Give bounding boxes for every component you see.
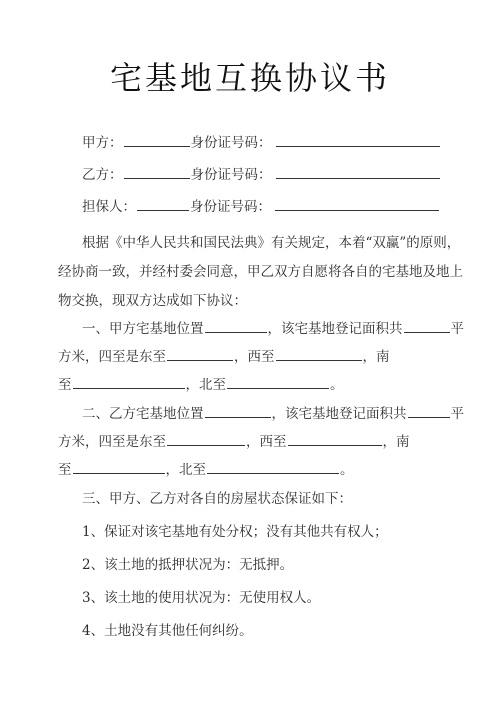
preamble-line-1: 根据《中华人民共和国民法典》有关规定，本着“双赢”的原则， bbox=[82, 234, 460, 252]
clause2-east-blank[interactable] bbox=[167, 433, 245, 446]
guarantor-id-blank[interactable] bbox=[275, 198, 439, 211]
clause2-unit-start: 平 bbox=[451, 406, 465, 422]
guarantor-label: 担保人： bbox=[82, 199, 136, 215]
clause1-unit-start: 平 bbox=[451, 321, 465, 337]
clause1-area-blank[interactable] bbox=[404, 320, 450, 333]
party-row-b: 乙方：身份证号码： bbox=[82, 166, 441, 184]
clause2-line-3: 至，北至。 bbox=[58, 461, 354, 479]
clause3-heading: 三、甲方、乙方对各自的房屋状态保证如下： bbox=[82, 490, 352, 508]
clause2-south-label-cont: 至 bbox=[58, 462, 72, 478]
clause3-item-2: 2、该土地的抵押状况为：无抵押。 bbox=[82, 556, 293, 574]
guarantor-name-blank[interactable] bbox=[137, 198, 189, 211]
clause3-item-3: 3、该土地的使用状况为：无使用权人。 bbox=[82, 589, 320, 607]
clause2-east-label: 方米，四至是东至 bbox=[58, 434, 166, 450]
clause1-north-blank[interactable] bbox=[227, 376, 329, 389]
clause1-east-label: 方米，四至是东至 bbox=[58, 349, 166, 365]
clause2-south-label: ，南 bbox=[383, 434, 410, 450]
clause2-north-blank[interactable] bbox=[207, 461, 339, 474]
clause1-location-label: 一、甲方宅基地位置 bbox=[82, 321, 204, 337]
clause1-area-label: ，该宅基地登记面积共 bbox=[268, 321, 403, 337]
clause2-west-label: ，西至 bbox=[246, 434, 287, 450]
party-b-id-label: 身份证号码： bbox=[191, 167, 272, 183]
party-row-a: 甲方：身份证号码： bbox=[82, 134, 441, 152]
party-a-name-blank[interactable] bbox=[124, 134, 190, 147]
clause2-north-label: ，北至 bbox=[166, 462, 207, 478]
document-title: 宅基地互换协议书 bbox=[0, 58, 500, 98]
clause1-south-label: ，南 bbox=[363, 349, 390, 365]
clause2-area-label: ，该宅基地登记面积共 bbox=[272, 406, 407, 422]
party-b-id-blank[interactable] bbox=[276, 166, 440, 179]
clause1-location-blank[interactable] bbox=[205, 320, 267, 333]
clause2-line-2: 方米，四至是东至，西至，南 bbox=[58, 433, 410, 451]
party-b-label: 乙方： bbox=[82, 167, 123, 183]
party-a-id-blank[interactable] bbox=[276, 134, 440, 147]
document-page: 宅基地互换协议书 甲方：身份证号码： 乙方：身份证号码： 担保人：身份证号码： … bbox=[0, 0, 500, 707]
clause1-west-blank[interactable] bbox=[276, 348, 362, 361]
guarantor-id-label: 身份证号码： bbox=[190, 199, 271, 215]
clause3-item-1: 1、保证对该宅基地有处分权；没有其他共有权人； bbox=[82, 523, 388, 541]
clause2-location-label: 二、乙方宅基地位置 bbox=[82, 406, 204, 422]
preamble-line-2: 经协商一致，并经村委会同意，甲乙双方自愿将各自的宅基地及地上 bbox=[58, 263, 463, 281]
clause1-east-blank[interactable] bbox=[167, 348, 233, 361]
clause1-west-label: ，西至 bbox=[234, 349, 275, 365]
party-a-id-label: 身份证号码： bbox=[191, 135, 272, 151]
clause3-item-4: 4、土地没有其他任何纠纷。 bbox=[82, 622, 253, 640]
clause2-line-1: 二、乙方宅基地位置，该宅基地登记面积共平 bbox=[82, 405, 464, 423]
clause2-location-blank[interactable] bbox=[205, 405, 271, 418]
clause1-line-3: 至，北至。 bbox=[58, 376, 344, 394]
clause1-period: 。 bbox=[330, 377, 344, 393]
guarantor-row: 担保人：身份证号码： bbox=[82, 198, 440, 216]
clause1-north-label: ，北至 bbox=[186, 377, 227, 393]
clause2-south-blank[interactable] bbox=[73, 461, 165, 474]
clause2-period: 。 bbox=[340, 462, 354, 478]
clause1-line-1: 一、甲方宅基地位置，该宅基地登记面积共平 bbox=[82, 320, 464, 338]
clause1-south-blank[interactable] bbox=[73, 376, 185, 389]
preamble-line-3: 物交换，现双方达成如下协议： bbox=[58, 292, 247, 310]
party-a-label: 甲方： bbox=[82, 135, 123, 151]
clause1-line-2: 方米，四至是东至，西至，南 bbox=[58, 348, 390, 366]
party-b-name-blank[interactable] bbox=[124, 166, 190, 179]
clause1-south-label-cont: 至 bbox=[58, 377, 72, 393]
clause2-west-blank[interactable] bbox=[288, 433, 382, 446]
clause2-area-blank[interactable] bbox=[408, 405, 450, 418]
